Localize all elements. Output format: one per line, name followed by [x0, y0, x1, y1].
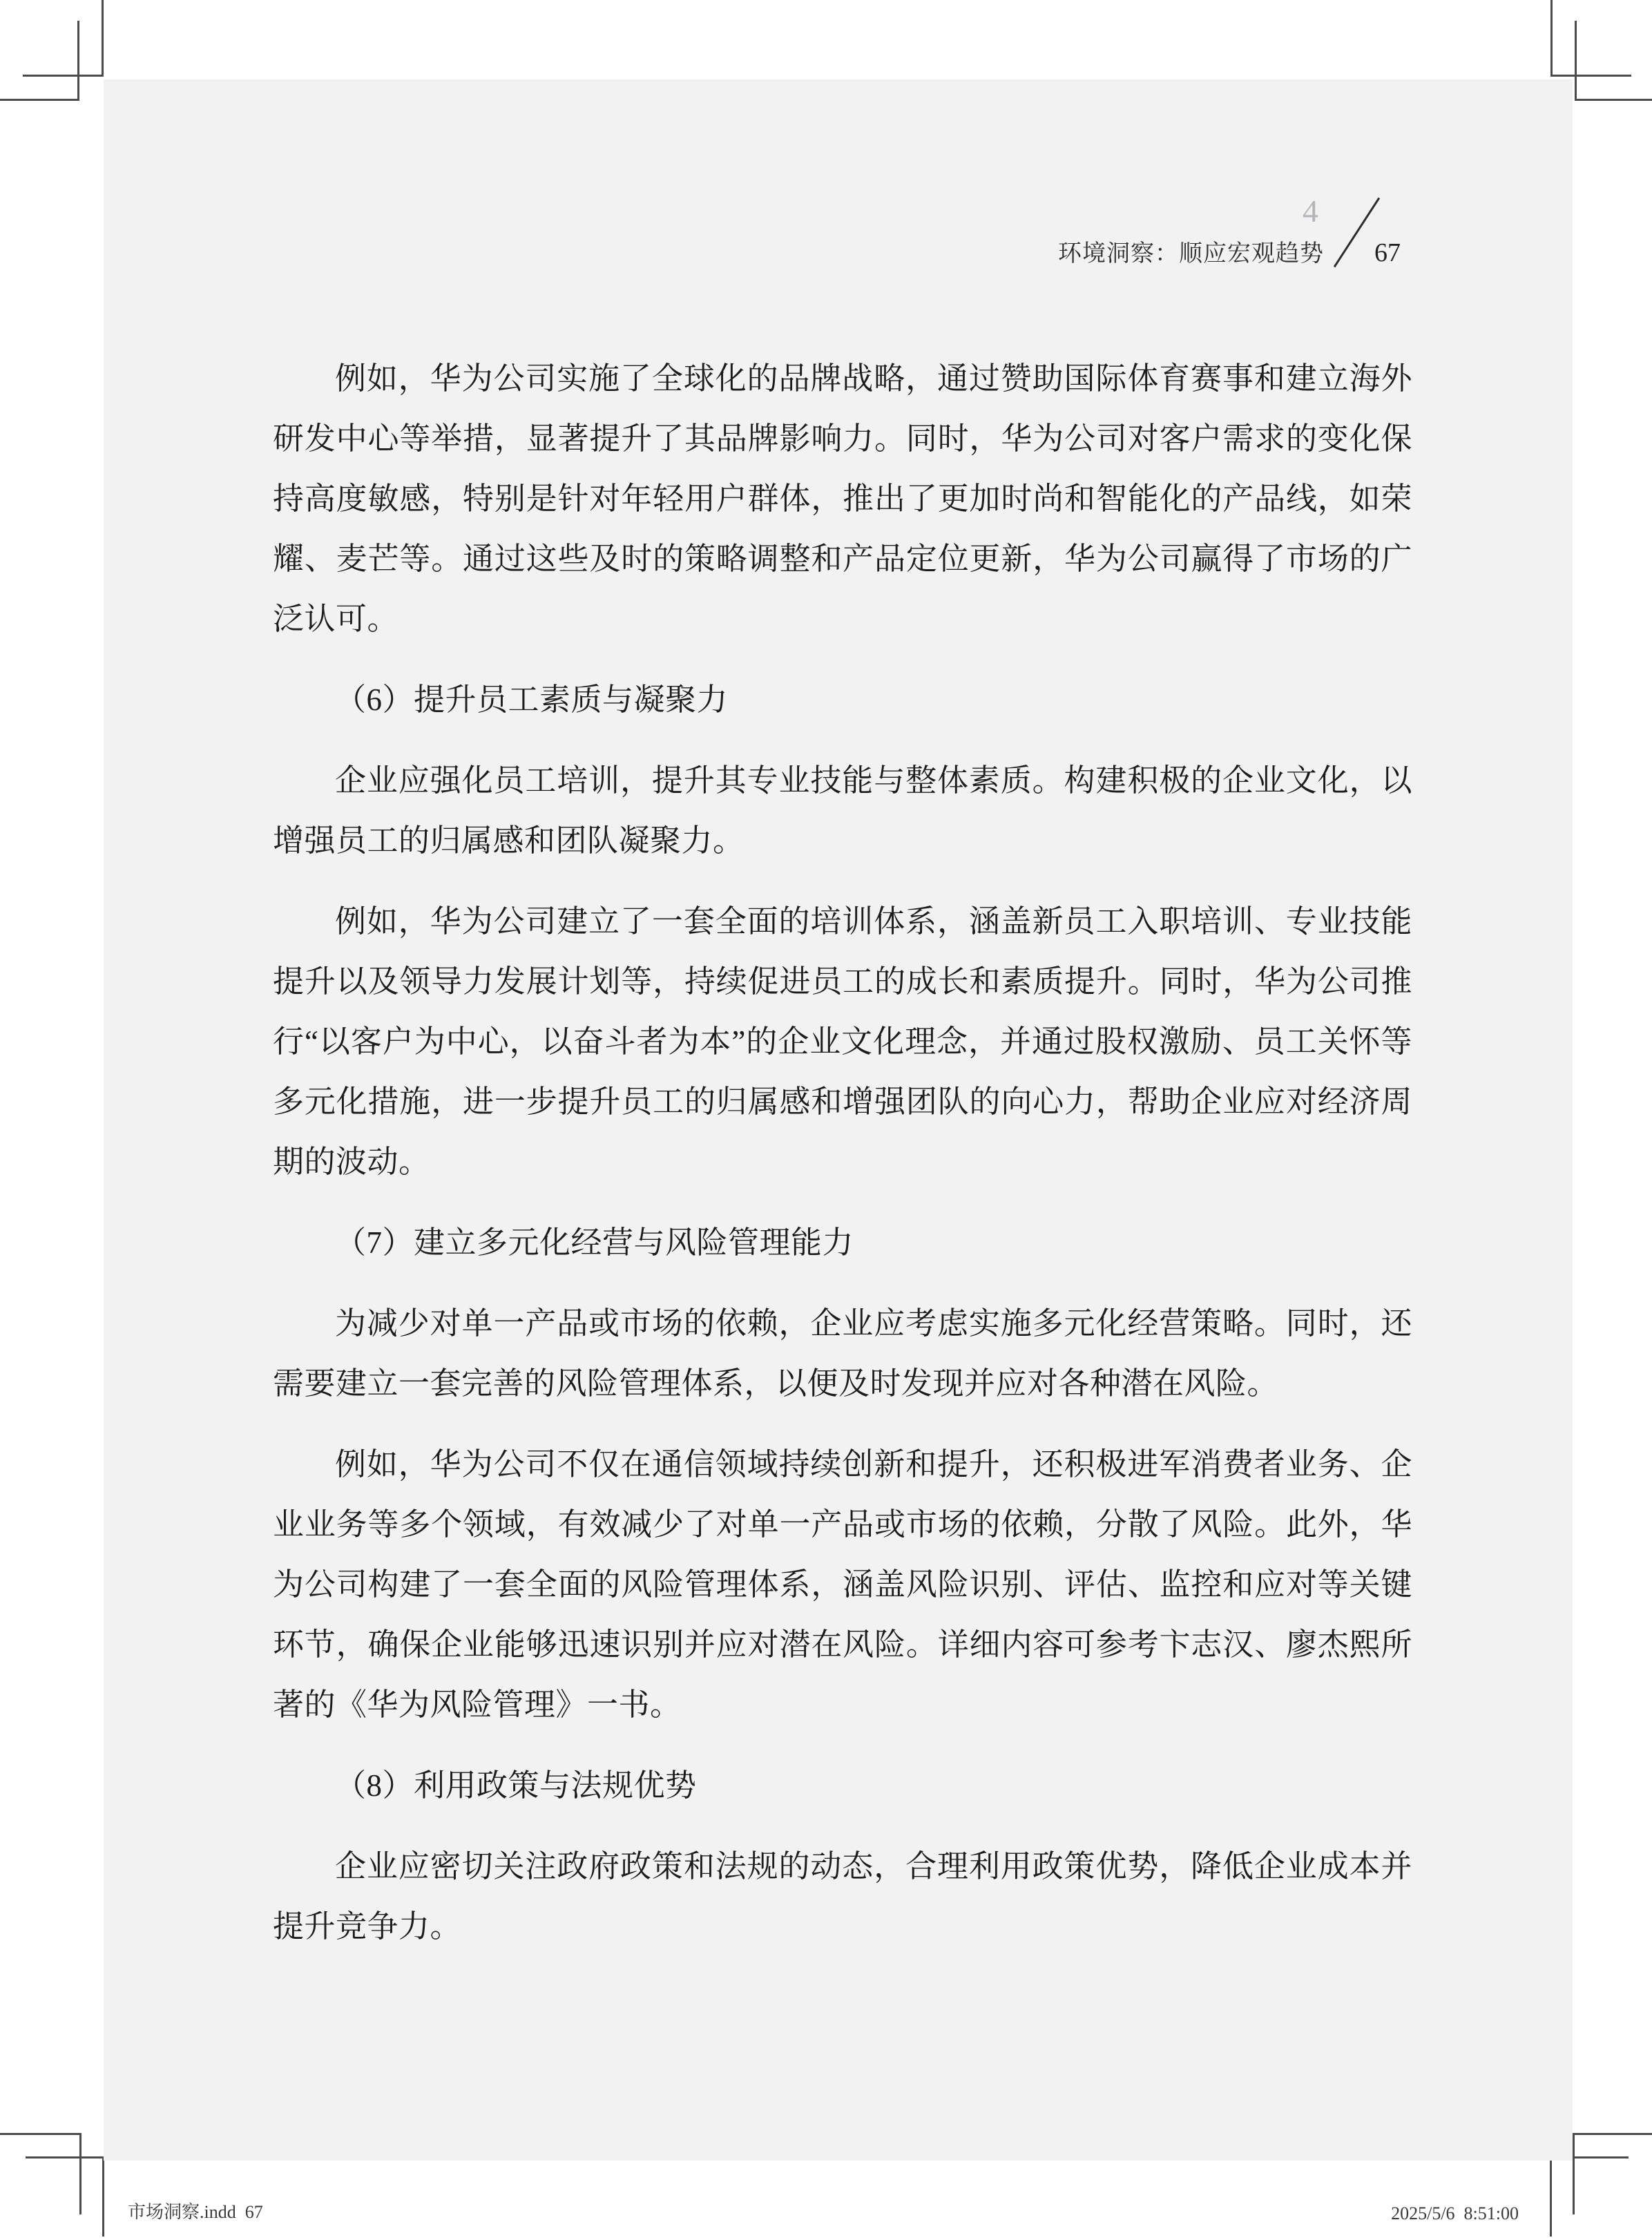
section-heading: （8）利用政策与法规优势 [273, 1756, 1412, 1816]
running-header-title: 环境洞察：顺应宏观趋势 [1058, 241, 1324, 267]
paragraph: 例如，华为公司建立了一套全面的培训体系，涵盖新员工入职培训、专业技能提升以及领导… [273, 892, 1412, 1192]
footer-timestamp: 2025/5/6 8:51:00 [1391, 2202, 1519, 2225]
crop-mark-top-left-inner [0, 21, 79, 101]
crop-mark-bottom-left-inner [26, 2156, 104, 2237]
body-text: 例如，华为公司实施了全球化的品牌战略，通过赞助国际体育赛事和建立海外研发中心等举… [273, 349, 1412, 1957]
paragraph: 例如，华为公司实施了全球化的品牌战略，通过赞助国际体育赛事和建立海外研发中心等举… [273, 349, 1412, 649]
paragraph: 为减少对单一产品或市场的依赖，企业应考虑实施多元化经营策略。同时，还需要建立一套… [273, 1294, 1412, 1414]
book-page-proof: { "page": { "header": { "chapter_number"… [0, 0, 1652, 2240]
crop-mark-top-right-inner [1575, 21, 1652, 101]
paragraph: 企业应密切关注政府政策和法规的动态，合理利用政策优势，降低企业成本并提升竞争力。 [273, 1837, 1412, 1957]
paragraph: 企业应强化员工培训，提升其专业技能与整体素质。构建积极的企业文化，以增强员工的归… [273, 751, 1412, 871]
section-heading: （7）建立多元化经营与风险管理能力 [273, 1213, 1412, 1273]
section-heading: （6）提升员工素质与凝聚力 [273, 670, 1412, 730]
crop-mark-bottom-right-inner [1550, 2156, 1629, 2237]
footer-file-slug: 市场洞察.indd 67 [128, 2201, 263, 2224]
page-number: 67 [1374, 238, 1401, 267]
chapter-number: 4 [1303, 195, 1318, 227]
paragraph: 例如，华为公司不仅在通信领域持续创新和提升，还积极进军消费者业务、企业业务等多个… [273, 1435, 1412, 1735]
